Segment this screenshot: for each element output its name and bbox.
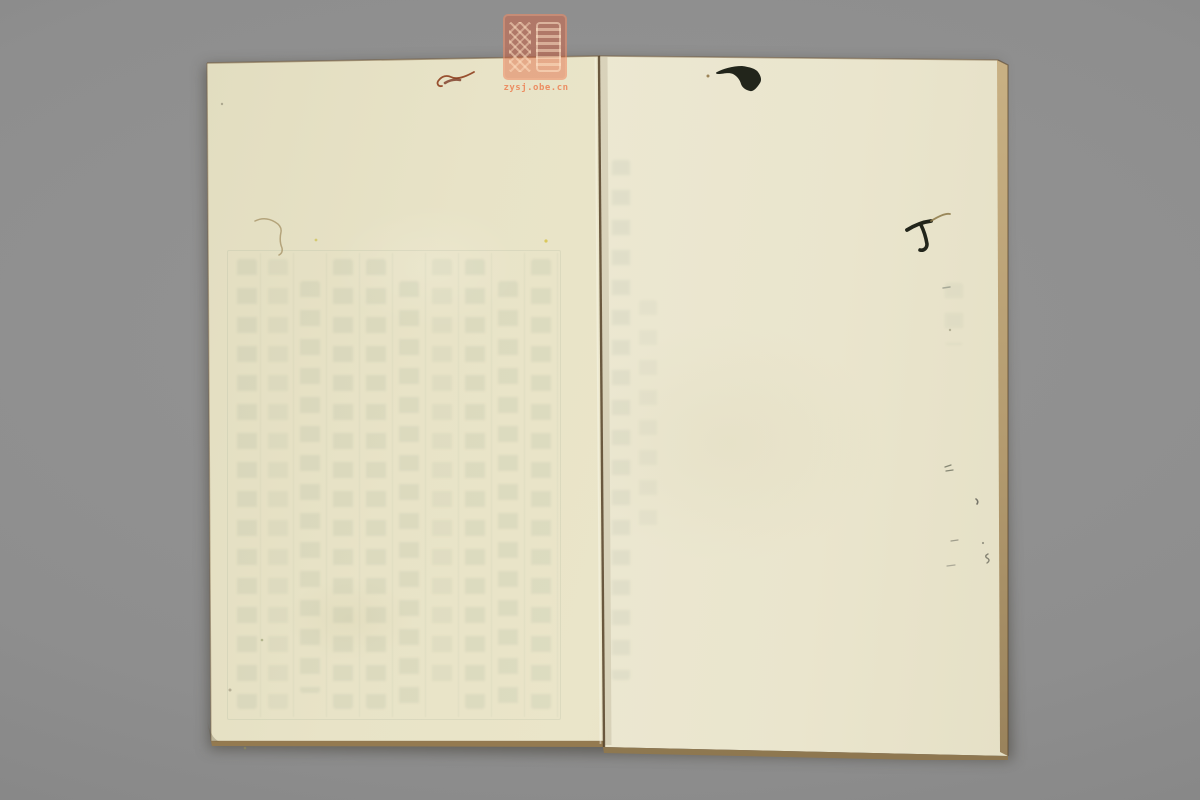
showthrough-column xyxy=(237,259,257,709)
showthrough-column xyxy=(333,259,353,709)
showthrough-column xyxy=(300,281,320,693)
watermark-url-text: zysj.obe.cn xyxy=(503,83,569,93)
showthrough-column xyxy=(465,259,485,709)
watermark-seal xyxy=(503,14,567,80)
photo-background: zysj.obe.cn xyxy=(0,0,1200,800)
showthrough-column xyxy=(432,259,452,693)
seal-glyph-right-icon xyxy=(536,22,562,72)
right-page-showthrough-column xyxy=(639,300,657,530)
paper-freckle xyxy=(244,747,247,750)
showthrough-column xyxy=(366,259,386,709)
right-page-showthrough-column xyxy=(945,283,963,345)
showthrough-column xyxy=(498,281,518,709)
right-page-showthrough-column xyxy=(612,160,630,680)
open-book xyxy=(205,55,1010,760)
left-page-showthrough-text xyxy=(227,250,561,720)
showthrough-column xyxy=(531,259,551,709)
site-watermark: zysj.obe.cn xyxy=(503,14,569,93)
showthrough-column xyxy=(268,259,288,709)
showthrough-column xyxy=(399,281,419,709)
seal-glyph-left-icon xyxy=(509,22,531,72)
